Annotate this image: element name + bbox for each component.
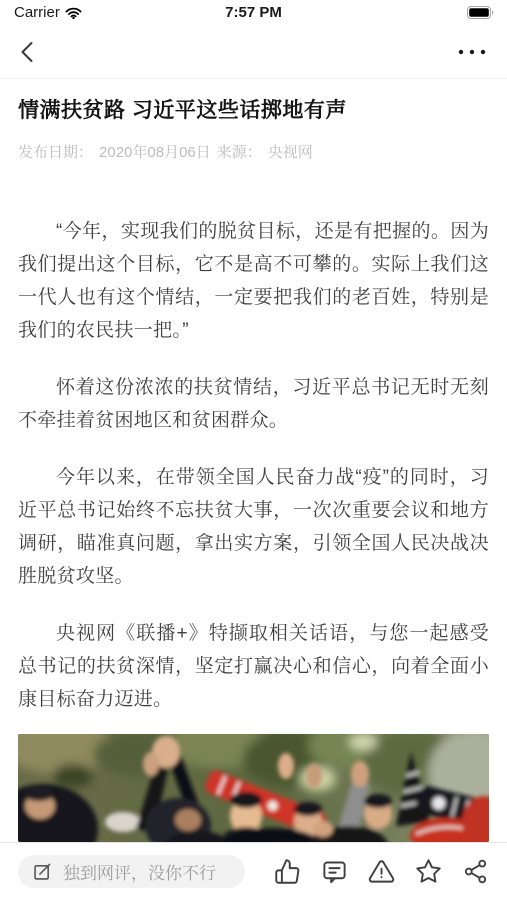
status-bar: Carrier 7:57 PM [0,0,507,25]
article-meta: 发布日期：2020年08月06日来源：央视网 [18,142,489,163]
toolbar-actions [273,858,489,886]
paragraph: 怀着这份浓浓的扶贫情结，习近平总书记无时无刻不牵挂着贫困地区和贫困群众。 [18,371,489,437]
wifi-icon [65,7,82,19]
comment-button[interactable] [320,858,348,886]
comment-placeholder: 独到网评，没你不行 [63,859,216,884]
comment-input[interactable]: 独到网评，没你不行 [18,855,245,888]
app-screen: Carrier 7:57 PM [0,0,507,900]
carrier-label: Carrier [14,4,60,21]
back-button[interactable] [16,37,38,67]
article-title: 情满扶贫路 习近平这些话掷地有声 [18,96,489,126]
article-content: 情满扶贫路 习近平这些话掷地有声 发布日期：2020年08月06日来源：央视网 … [0,96,507,842]
comment-icon [321,858,348,885]
thumbs-up-icon [274,858,301,885]
like-button[interactable] [273,858,301,886]
bottom-toolbar: 独到网评，没你不行 [0,842,507,900]
nav-bar [0,25,507,79]
favorite-button[interactable] [414,858,442,886]
more-button[interactable] [453,44,491,60]
battery-icon [467,6,494,19]
source-label: 来源： [217,144,262,161]
chevron-left-icon [20,41,34,63]
publish-date-label: 发布日期： [18,144,93,161]
source-value: 央视网 [268,144,313,161]
share-icon [462,858,489,885]
star-icon [415,858,442,885]
paragraph: 今年以来，在带领全国人民奋力战“疫”的同时，习近平总书记始终不忘扶贫大事，一次次… [18,461,489,593]
warning-triangle-icon [368,858,395,885]
compose-icon [32,861,53,882]
report-button[interactable] [367,858,395,886]
paragraph: 央视网《联播+》特撷取相关话语，与您一起感受总书记的扶贫深情，坚定打赢决心和信心… [18,617,489,716]
paragraph: “今年，实现我们的脱贫目标，还是有把握的。因为我们提出这个目标，它不是高不可攀的… [18,215,489,347]
publish-date-value: 2020年08月06日 [99,144,211,161]
article-body: “今年，实现我们的脱贫目标，还是有把握的。因为我们提出这个目标，它不是高不可攀的… [18,163,489,716]
ellipsis-icon [457,48,487,56]
crowd-photo-illustration [18,734,489,842]
article-photo[interactable] [18,734,489,842]
share-button[interactable] [461,858,489,886]
